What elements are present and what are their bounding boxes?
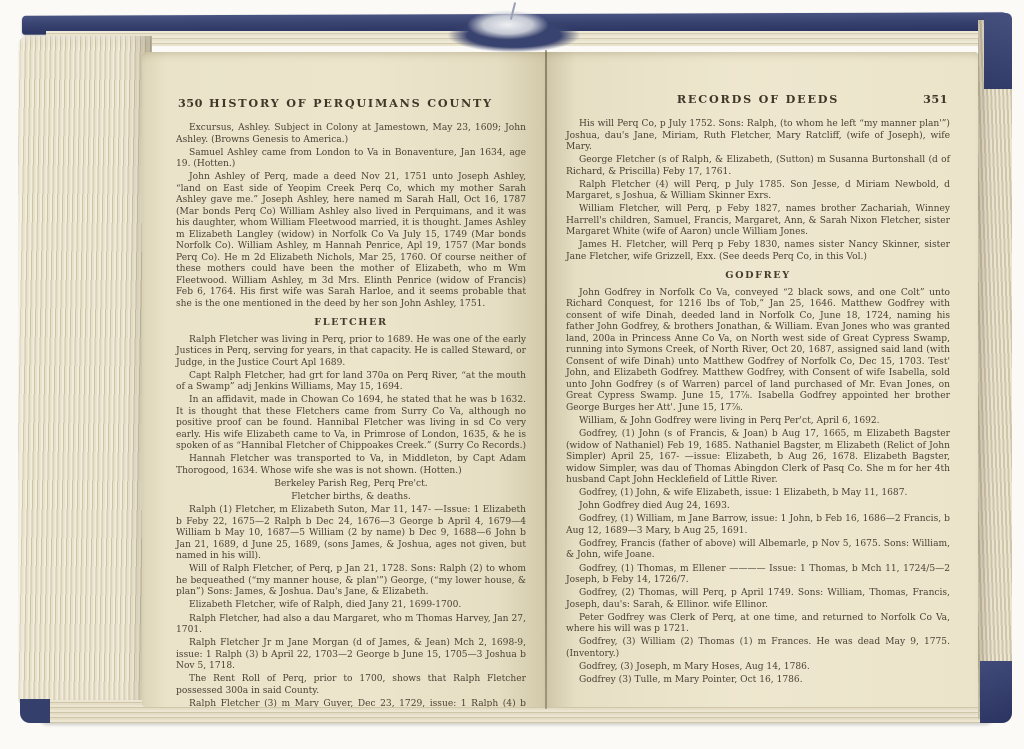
paragraph: John Godfrey died Aug 24, 1693. — [566, 501, 950, 513]
paragraph: Godfrey, (1) William, m Jane Barrow, iss… — [566, 514, 950, 537]
right-running-head: RECORDS OF DEEDS 351 — [566, 92, 950, 106]
paragraph: Godfrey, (1) John (s of Francis, & Joan)… — [566, 429, 950, 487]
section-heading: FLETCHER — [176, 317, 526, 329]
right-page-content: RECORDS OF DEEDS 351 His will Perq Co, p… — [546, 52, 978, 687]
paragraph: Peter Godfrey was Clerk of Perq, at one … — [566, 613, 950, 636]
right-page-text: His will Perq Co, p July 1752. Sons: Ral… — [566, 119, 950, 687]
cover-corner-top-right — [984, 13, 1012, 89]
paragraph: In an affidavit, made in Chowan Co 1694,… — [176, 395, 526, 453]
paragraph: Ralph Fletcher, had also a dau Margaret,… — [176, 614, 526, 637]
section-heading: GODFREY — [566, 270, 950, 282]
paragraph: The Rent Roll of Perq, prior to 1700, sh… — [176, 674, 526, 697]
left-running-head: 350 HISTORY OF PERQUIMANS COUNTY — [176, 96, 526, 110]
paragraph: Hannah Fletcher was transported to Va, i… — [176, 454, 526, 477]
paragraph: Godfrey, (3) William (2) Thomas (1) m Fr… — [566, 637, 950, 660]
paragraph: Samuel Ashley came from London to Va in … — [176, 148, 526, 171]
paragraph: His will Perq Co, p July 1752. Sons: Ral… — [566, 119, 950, 154]
open-book: 350 HISTORY OF PERQUIMANS COUNTY Excursu… — [12, 8, 1012, 723]
right-page: RECORDS OF DEEDS 351 His will Perq Co, p… — [546, 52, 978, 707]
paragraph: James H. Fletcher, will Perq p Feby 1830… — [566, 240, 950, 263]
paragraph: Ralph Fletcher Jr m Jane Morgan (d of Ja… — [176, 638, 526, 673]
paragraph: Ralph Fletcher (3) m Mary Guyer, Dec 23,… — [176, 699, 526, 707]
right-running-title: RECORDS OF DEEDS — [677, 92, 839, 106]
right-fore-edge — [978, 20, 1012, 719]
paragraph: Ralph Fletcher was living in Perq, prior… — [176, 335, 526, 370]
paragraph: John Godfrey in Norfolk Co Va, conveyed … — [566, 288, 950, 415]
paragraph: Will of Ralph Fletcher, of Perq, p Jan 2… — [176, 564, 526, 599]
left-page: 350 HISTORY OF PERQUIMANS COUNTY Excursu… — [142, 52, 546, 707]
paragraph: Godfrey (3) Tulle, m Mary Pointer, Oct 1… — [566, 675, 950, 687]
left-page-text: Excursus, Ashley. Subject in Colony at J… — [176, 123, 526, 707]
book-photo: 350 HISTORY OF PERQUIMANS COUNTY Excursu… — [0, 0, 1024, 749]
paragraph: Excursus, Ashley. Subject in Colony at J… — [176, 123, 526, 146]
paragraph: John Ashley of Perq, made a deed Nov 21,… — [176, 172, 526, 310]
left-page-content: 350 HISTORY OF PERQUIMANS COUNTY Excursu… — [142, 52, 546, 707]
left-running-title: HISTORY OF PERQUIMANS COUNTY — [209, 96, 493, 110]
left-page-stack-edges — [18, 36, 152, 711]
paragraph: Godfrey, (1) Thomas, m Ellener ———— Issu… — [566, 564, 950, 587]
paragraph: Ralph (1) Fletcher, m Elizabeth Suton, M… — [176, 505, 526, 563]
paragraph: Elizabeth Fletcher, wife of Ralph, died … — [176, 600, 526, 612]
book-gutter — [545, 50, 547, 709]
paragraph: William Fletcher, will Perq, p Feby 1827… — [566, 204, 950, 239]
paragraph: Capt Ralph Fletcher, had grt for land 37… — [176, 371, 526, 394]
centered-line: Berkeley Parish Reg, Perq Pre'ct. — [176, 479, 526, 491]
paragraph: William, & John Godfrey were living in P… — [566, 416, 950, 428]
cover-corner-bottom-left — [20, 699, 50, 723]
left-page-number: 350 — [178, 96, 203, 110]
cover-corner-bottom-right — [980, 661, 1012, 723]
right-page-number: 351 — [923, 92, 948, 106]
paragraph: Godfrey, (2) Thomas, will Perq, p April … — [566, 588, 950, 611]
centered-line: Fletcher births, & deaths. — [176, 492, 526, 504]
paragraph: George Fletcher (s of Ralph, & Elizabeth… — [566, 155, 950, 178]
paragraph: Ralph Fletcher (4) will Perq, p July 178… — [566, 180, 950, 203]
paragraph: Godfrey, (1) John, & wife Elizabeth, iss… — [566, 488, 950, 500]
paragraph: Godfrey, Francis (father of above) will … — [566, 539, 950, 562]
paragraph: Godfrey, (3) Joseph, m Mary Hoses, Aug 1… — [566, 662, 950, 674]
